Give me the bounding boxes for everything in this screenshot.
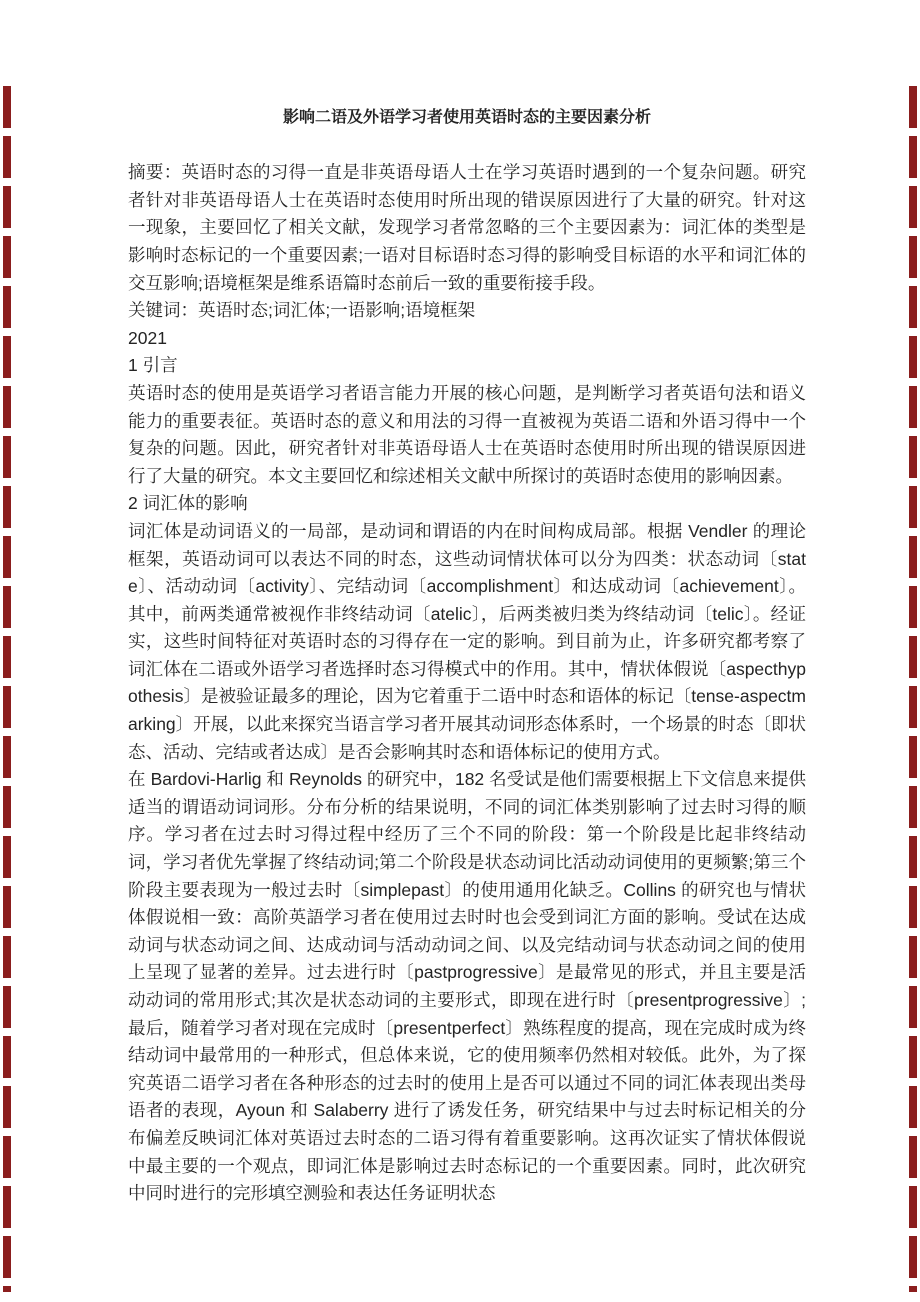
- abstract-paragraph: 摘要：英语时态的习得一直是非英语母语人士在学习英语时遇到的一个复杂问题。研究者针…: [128, 159, 806, 297]
- empirical-studies-paragraph: 在 Bardovi-Harlig 和 Reynolds 的研究中，182 名受试…: [128, 766, 806, 1208]
- page-edge-marker-left: [3, 86, 11, 1292]
- lexical-aspect-paragraph: 词汇体是动词语义的一局部，是动词和谓语的内在时间构成局部。根据 Vendler …: [128, 518, 806, 766]
- keywords-line: 关键词：英语时态;词汇体;一语影响;语境框架: [128, 297, 806, 325]
- document-page: 影响二语及外语学习者使用英语时态的主要因素分析 摘要：英语时态的习得一直是非英语…: [0, 0, 920, 1302]
- document-content: 影响二语及外语学习者使用英语时态的主要因素分析 摘要：英语时态的习得一直是非英语…: [128, 104, 806, 1208]
- introduction-paragraph: 英语时态的使用是英语学习者语言能力开展的核心问题，是判断学习者英语句法和语义能力…: [128, 380, 806, 490]
- year-line: 2021: [128, 325, 806, 353]
- section-heading-lexical-aspect: 2 词汇体的影响: [128, 490, 806, 518]
- document-title: 影响二语及外语学习者使用英语时态的主要因素分析: [128, 104, 806, 132]
- page-edge-marker-right: [909, 86, 917, 1292]
- section-heading-introduction: 1 引言: [128, 352, 806, 380]
